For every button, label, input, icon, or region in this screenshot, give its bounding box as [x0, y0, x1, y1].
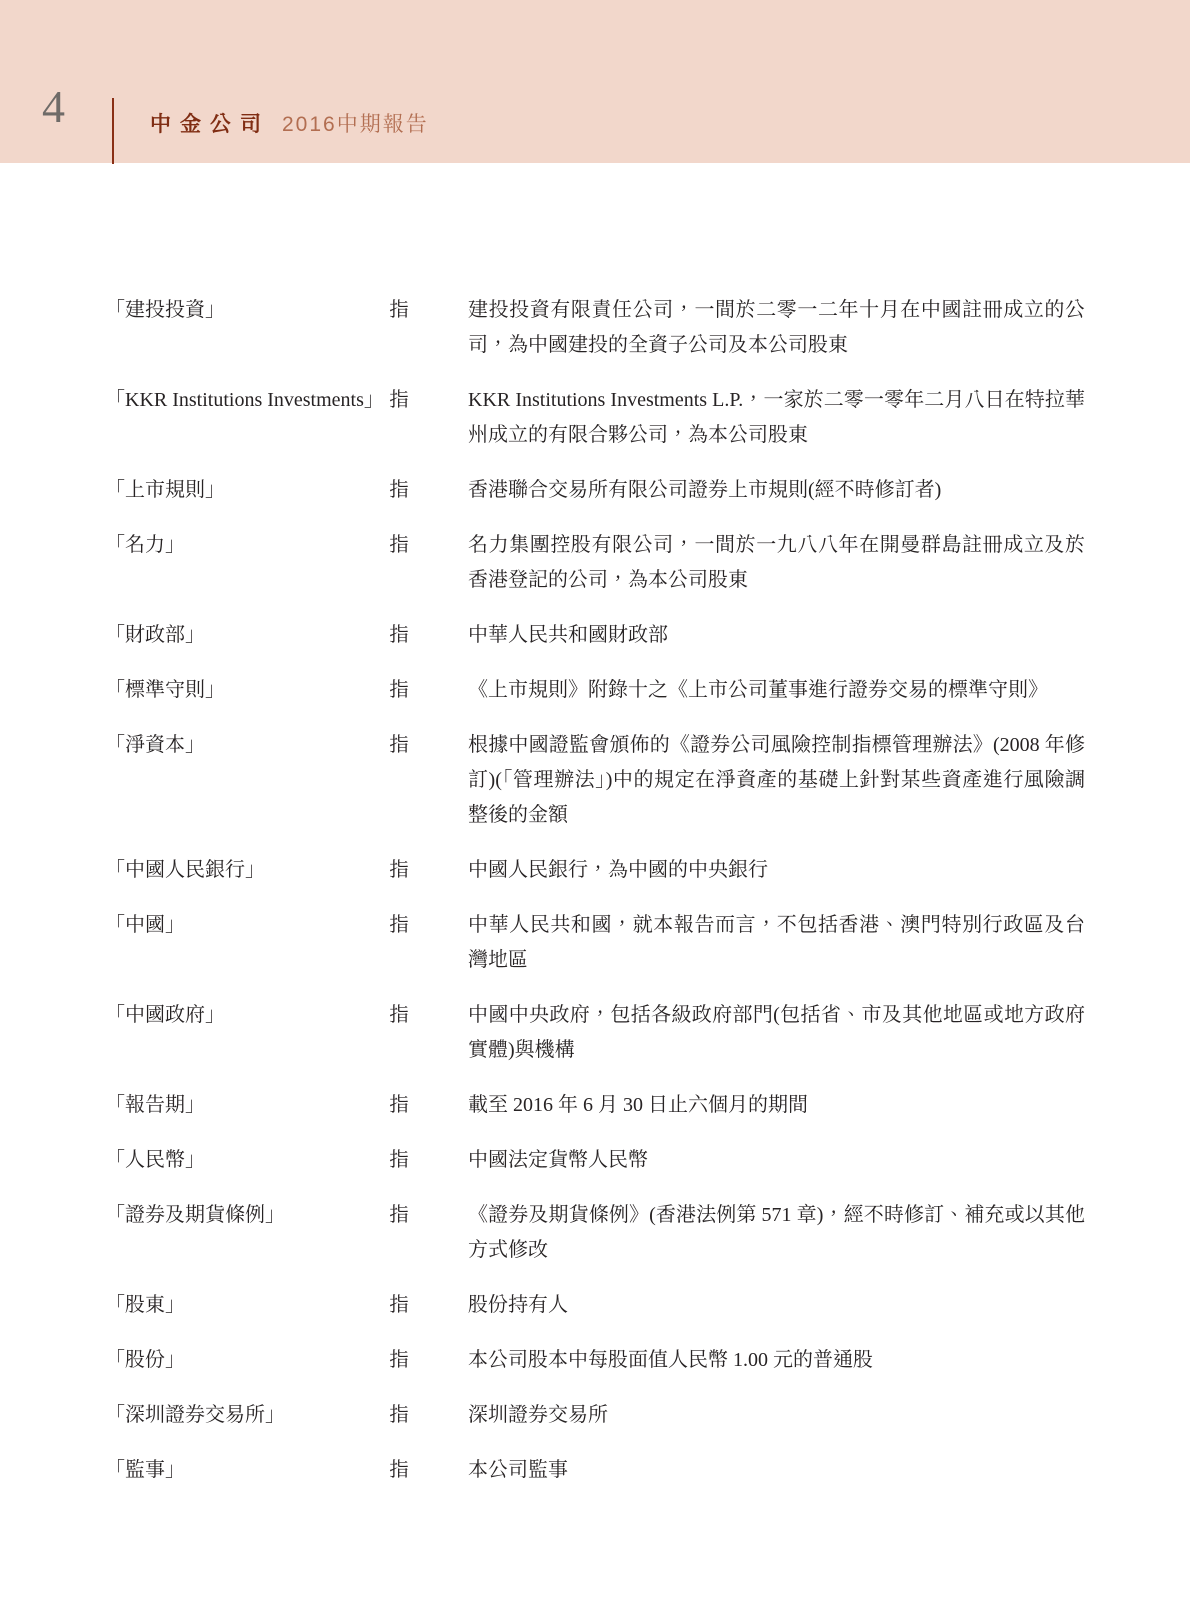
means-label: 指: [388, 1088, 468, 1123]
definition-row: 「中國人民銀行」 指 中國人民銀行，為中國的中央銀行: [105, 853, 1085, 888]
definition-text: 《上市規則》附錄十之《上市公司董事進行證券交易的標準守則》: [468, 673, 1085, 708]
term-label: 「中國」: [105, 908, 388, 978]
means-label: 指: [388, 1343, 468, 1378]
definition-row: 「名力」 指 名力集團控股有限公司，一間於一九八八年在開曼群島註冊成立及於香港登…: [105, 528, 1085, 598]
term-label: 「深圳證券交易所」: [105, 1398, 388, 1433]
means-label: 指: [388, 908, 468, 978]
definition-text: 中華人民共和國財政部: [468, 618, 1085, 653]
definition-text: 中國法定貨幣人民幣: [468, 1143, 1085, 1178]
definition-row: 「中國政府」 指 中國中央政府，包括各級政府部門(包括省、市及其他地區或地方政府…: [105, 998, 1085, 1068]
definition-text: 《證券及期貨條例》(香港法例第 571 章)，經不時修訂、補充或以其他方式修改: [468, 1198, 1085, 1268]
term-label: 「標準守則」: [105, 673, 388, 708]
definition-text: 根據中國證監會頒佈的《證券公司風險控制指標管理辦法》(2008 年修訂)(「管理…: [468, 728, 1085, 833]
means-label: 指: [388, 1143, 468, 1178]
definition-row: 「財政部」 指 中華人民共和國財政部: [105, 618, 1085, 653]
definition-row: 「報告期」 指 載至 2016 年 6 月 30 日止六個月的期間: [105, 1088, 1085, 1123]
definition-text: 深圳證券交易所: [468, 1398, 1085, 1433]
definition-row: 「股份」 指 本公司股本中每股面值人民幣 1.00 元的普通股: [105, 1343, 1085, 1378]
report-page: 4 中金公司 2016中期報告 「建投投資」 指 建投投資有限責任公司，一間於二…: [0, 0, 1190, 1615]
page-number: 4: [42, 84, 65, 130]
definition-row: 「淨資本」 指 根據中國證監會頒佈的《證券公司風險控制指標管理辦法》(2008 …: [105, 728, 1085, 833]
means-label: 指: [388, 1288, 468, 1323]
means-label: 指: [388, 1198, 468, 1268]
definition-row: 「KKR Institutions Investments」 指 KKR Ins…: [105, 383, 1085, 453]
page-header-band: 4 中金公司 2016中期報告: [0, 0, 1190, 163]
header-divider: [112, 98, 114, 164]
means-label: 指: [388, 528, 468, 598]
definition-text: 香港聯合交易所有限公司證券上市規則(經不時修訂者): [468, 473, 1085, 508]
definition-text: KKR Institutions Investments L.P.，一家於二零一…: [468, 383, 1085, 453]
definition-text: 中國中央政府，包括各級政府部門(包括省、市及其他地區或地方政府實體)與機構: [468, 998, 1085, 1068]
means-label: 指: [388, 293, 468, 363]
definition-text: 建投投資有限責任公司，一間於二零一二年十月在中國註冊成立的公司，為中國建投的全資…: [468, 293, 1085, 363]
term-label: 「財政部」: [105, 618, 388, 653]
term-label: 「上市規則」: [105, 473, 388, 508]
term-label: 「建投投資」: [105, 293, 388, 363]
definition-row: 「中國」 指 中華人民共和國，就本報告而言，不包括香港、澳門特別行政區及台灣地區: [105, 908, 1085, 978]
means-label: 指: [388, 673, 468, 708]
definition-text: 載至 2016 年 6 月 30 日止六個月的期間: [468, 1088, 1085, 1123]
term-label: 「證券及期貨條例」: [105, 1198, 388, 1268]
means-label: 指: [388, 728, 468, 833]
term-label: 「中國人民銀行」: [105, 853, 388, 888]
means-label: 指: [388, 383, 468, 453]
definition-row: 「股東」 指 股份持有人: [105, 1288, 1085, 1323]
term-label: 「報告期」: [105, 1088, 388, 1123]
definition-row: 「標準守則」 指 《上市規則》附錄十之《上市公司董事進行證券交易的標準守則》: [105, 673, 1085, 708]
definition-text: 名力集團控股有限公司，一間於一九八八年在開曼群島註冊成立及於香港登記的公司，為本…: [468, 528, 1085, 598]
means-label: 指: [388, 473, 468, 508]
definition-text: 本公司監事: [468, 1453, 1085, 1488]
definition-row: 「監事」 指 本公司監事: [105, 1453, 1085, 1488]
term-label: 「股份」: [105, 1343, 388, 1378]
definition-row: 「上市規則」 指 香港聯合交易所有限公司證券上市規則(經不時修訂者): [105, 473, 1085, 508]
definition-text: 股份持有人: [468, 1288, 1085, 1323]
term-label: 「名力」: [105, 528, 388, 598]
term-label: 「中國政府」: [105, 998, 388, 1068]
term-label: 「監事」: [105, 1453, 388, 1488]
term-label: 「股東」: [105, 1288, 388, 1323]
header-titles: 中金公司 2016中期報告: [150, 108, 429, 138]
means-label: 指: [388, 618, 468, 653]
definition-row: 「證券及期貨條例」 指 《證券及期貨條例》(香港法例第 571 章)，經不時修訂…: [105, 1198, 1085, 1268]
term-label: 「KKR Institutions Investments」: [105, 383, 388, 453]
report-title: 2016中期報告: [282, 108, 429, 138]
means-label: 指: [388, 998, 468, 1068]
company-name: 中金公司: [150, 108, 270, 138]
term-label: 「淨資本」: [105, 728, 388, 833]
definition-text: 本公司股本中每股面值人民幣 1.00 元的普通股: [468, 1343, 1085, 1378]
definition-row: 「建投投資」 指 建投投資有限責任公司，一間於二零一二年十月在中國註冊成立的公司…: [105, 293, 1085, 363]
definition-row: 「深圳證券交易所」 指 深圳證券交易所: [105, 1398, 1085, 1433]
means-label: 指: [388, 853, 468, 888]
term-label: 「人民幣」: [105, 1143, 388, 1178]
means-label: 指: [388, 1453, 468, 1488]
definitions-list: 「建投投資」 指 建投投資有限責任公司，一間於二零一二年十月在中國註冊成立的公司…: [0, 163, 1190, 1488]
definition-text: 中華人民共和國，就本報告而言，不包括香港、澳門特別行政區及台灣地區: [468, 908, 1085, 978]
definition-text: 中國人民銀行，為中國的中央銀行: [468, 853, 1085, 888]
definition-row: 「人民幣」 指 中國法定貨幣人民幣: [105, 1143, 1085, 1178]
means-label: 指: [388, 1398, 468, 1433]
